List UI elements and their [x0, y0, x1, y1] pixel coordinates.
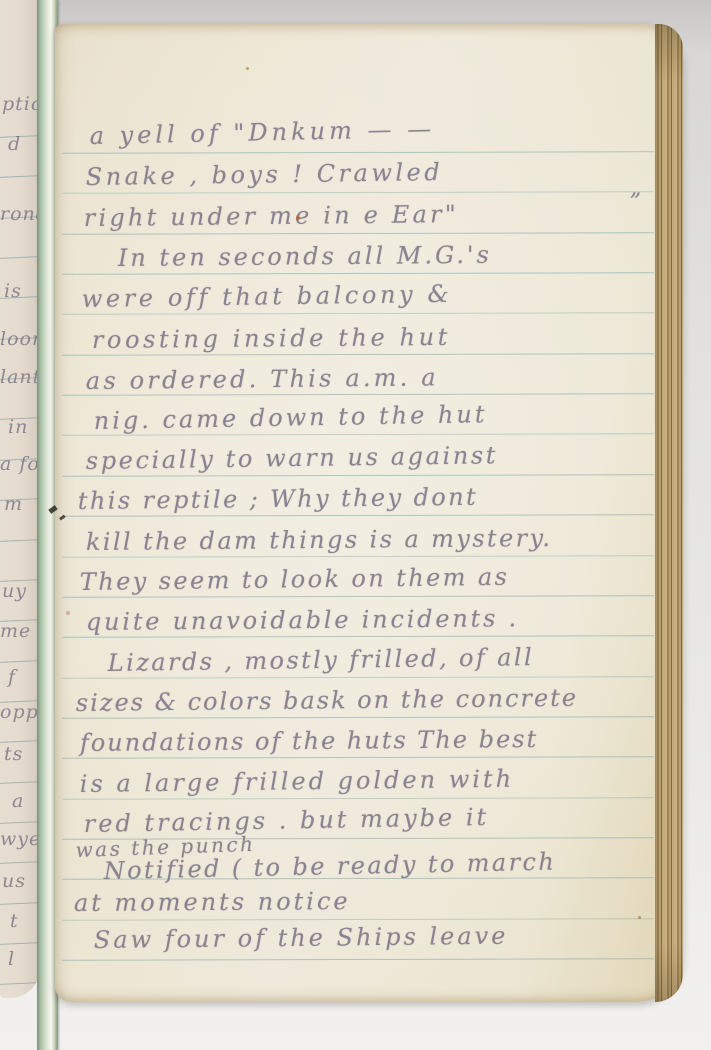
handwriting-fragment: me — [0, 620, 31, 642]
handwriting-fragment: wyed — [0, 828, 40, 850]
rule-line — [0, 902, 40, 905]
handwriting-fragment: opped — [0, 701, 40, 723]
page-edge-stack — [655, 24, 683, 1002]
handwriting-fragment: l — [8, 948, 15, 970]
notebook-photo: ptiodrondisloonlantina formuymefoppedtsa… — [0, 0, 711, 1050]
rule-line — [0, 659, 40, 662]
handwriting-fragment: lant — [0, 366, 40, 388]
rule-line — [0, 256, 40, 259]
left-page-edge: ptiodrondisloonlantina formuymefoppedtsa… — [0, 0, 40, 998]
handwriting-fragment: m — [4, 493, 23, 515]
rule-line — [0, 821, 40, 824]
rule-line — [0, 982, 40, 985]
handwriting-fragment: us — [2, 870, 26, 892]
rule-line — [0, 538, 40, 541]
handwriting-fragment: loon — [0, 328, 40, 350]
handwriting-fragment: uy — [2, 580, 27, 602]
paper-speck — [296, 216, 300, 220]
handwriting-fragment: in — [8, 416, 28, 438]
handwriting-fragment: ptio — [2, 93, 40, 115]
handwriting-fragment: a — [12, 790, 24, 812]
handwriting-fragment: d — [8, 133, 21, 155]
handwriting-fragment: f — [8, 666, 16, 688]
handwriting-fragment: rond — [0, 203, 40, 225]
handwriting-fragment: is — [4, 280, 22, 302]
handwriting-fragment: t — [10, 910, 19, 932]
paper-speck — [66, 611, 70, 615]
rule-line — [0, 175, 40, 178]
paper-speck — [638, 916, 641, 919]
handwriting-fragment: a for — [0, 453, 40, 475]
notebook-page — [55, 24, 683, 1002]
paper-speck — [246, 67, 249, 70]
rule-line — [0, 861, 40, 864]
rule-line — [0, 780, 40, 783]
handwriting-fragment: ts — [4, 743, 23, 765]
rule-line — [0, 942, 40, 945]
